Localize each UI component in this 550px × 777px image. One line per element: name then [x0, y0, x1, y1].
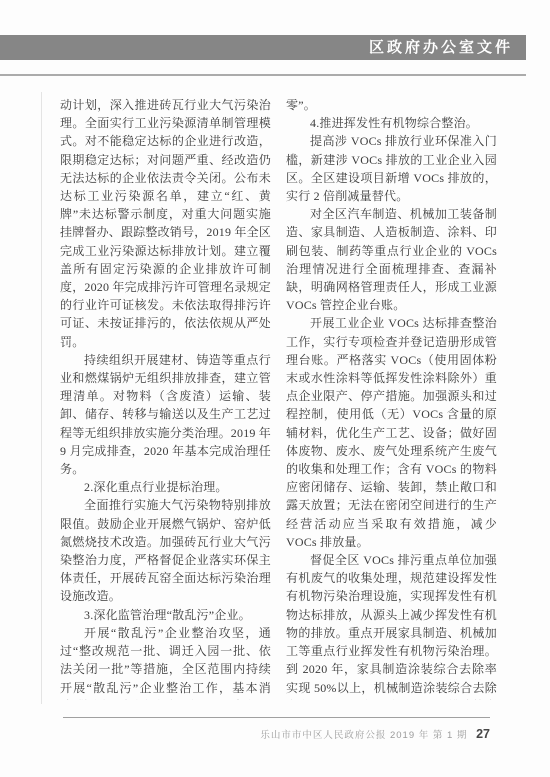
document-page: 区政府办公室文件 动计划，深入推进砖瓦行业大气污染治理。全面实行工业污染源清单制…	[0, 0, 550, 777]
footer-rule	[63, 717, 490, 718]
document-body: 动计划，深入推进砖瓦行业大气污染治理。全面实行工业污染源清单制管理模式。对不能稳…	[60, 96, 497, 700]
paragraph: 动计划，深入推进砖瓦行业大气污染治理。全面实行工业污染源清单制管理模式。对不能稳…	[60, 96, 271, 351]
paragraph: 全面推行实施大气污染物特别排放限值。鼓励企业开展燃气锅炉、窑炉低氮燃烧技术改造。…	[60, 496, 271, 605]
page-number: 27	[476, 727, 490, 741]
paragraph: 4.推进挥发性有机物综合整治。	[286, 114, 497, 132]
footer-journal-title: 乐山市市中区人民政府公报 2019 年 第 1 期	[260, 730, 467, 741]
scan-fold-line	[41, 92, 42, 704]
paragraph: 零”。	[286, 96, 497, 114]
paragraph: 持续组织开展建材、铸造等重点行业和燃煤锅炉无组织排放排查，建立管理清单。对物料（…	[60, 351, 271, 478]
paragraph: 开展工业企业 VOCs 达标排查整治工作，实行专项检查并登记造册形成管理台账。严…	[286, 314, 497, 551]
header-banner: 区政府办公室文件	[0, 35, 526, 60]
header-rule	[0, 74, 526, 76]
paragraph: 2.深化重点行业提标治理。	[60, 478, 271, 496]
banner-title: 区政府办公室文件	[369, 39, 513, 56]
right-column: 零”。4.推进挥发性有机物综合整治。提高涉 VOCs 排放行业环保准入门槛，新建…	[286, 96, 497, 700]
paragraph: 3.深化监管治理“散乱污”企业。	[60, 606, 271, 624]
paragraph: 督促全区 VOCs 排污重点单位加强有机废气的收集处理，规范建设挥发性有机物污染…	[286, 551, 497, 700]
paragraph: 开展“散乱污”企业整治攻坚，通过“整改规范一批、调迁入园一批、依法关闭一批”等措…	[60, 624, 271, 700]
paragraph: 对全区汽车制造、机械加工装备制造、家具制造、人造板制造、涂料、印刷包装、制药等重…	[286, 205, 497, 314]
paragraph: 提高涉 VOCs 排放行业环保准入门槛，新建涉 VOCs 排放的工业企业入园区。…	[286, 132, 497, 205]
footer: 乐山市市中区人民政府公报 2019 年 第 1 期 27	[63, 727, 490, 741]
left-column: 动计划，深入推进砖瓦行业大气污染治理。全面实行工业污染源清单制管理模式。对不能稳…	[60, 96, 271, 700]
